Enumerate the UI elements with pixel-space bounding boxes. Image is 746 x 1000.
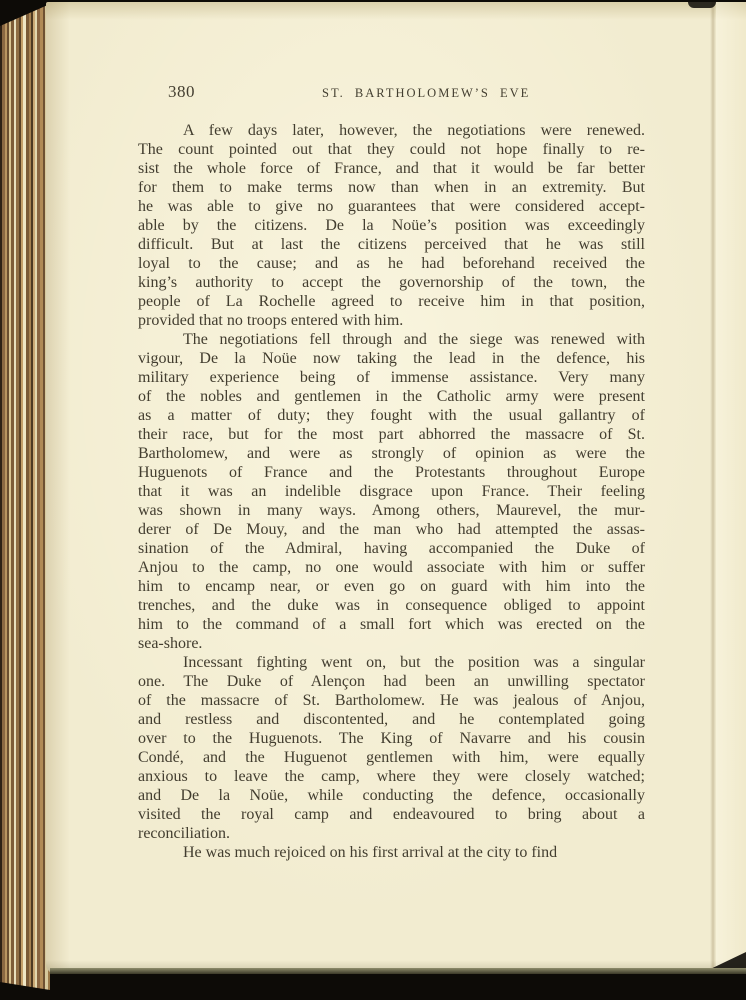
text-line: and restless and discontented, and he co…	[138, 710, 645, 729]
text-line: their race, but for the most part abhorr…	[138, 425, 645, 444]
text-line: one. The Duke of Alençon had been an unw…	[138, 672, 645, 691]
text-line: The count pointed out that they could no…	[138, 140, 645, 159]
text-line: visited the royal camp and endeavoured t…	[138, 805, 645, 824]
text-line: A few days later, however, the negotiati…	[138, 121, 645, 140]
page-body-text: A few days later, however, the negotiati…	[138, 121, 645, 862]
text-line: Condé, and the Huguenot gentlemen with h…	[138, 748, 645, 767]
paragraph: The negotiations fell through and the si…	[138, 330, 645, 653]
running-title: ST. BARTHOLOMEW’S EVE	[322, 86, 530, 101]
book-page: 380 ST. BARTHOLOMEW’S EVE A few days lat…	[46, 2, 746, 974]
text-line: people of La Rochelle agreed to receive …	[138, 292, 645, 311]
text-line: derer of De Mouy, and the man who had at…	[138, 520, 645, 539]
text-line: as a matter of duty; they fought with th…	[138, 406, 645, 425]
text-line: anxious to leave the camp, where they we…	[138, 767, 645, 786]
text-line: Anjou to the camp, no one would associat…	[138, 558, 645, 577]
text-line: He was much rejoiced on his first arriva…	[138, 843, 645, 862]
paragraph: He was much rejoiced on his first arriva…	[138, 843, 645, 862]
text-line: king’s authority to accept the governors…	[138, 273, 645, 292]
text-line: provided that no troops entered with him…	[138, 311, 645, 330]
text-line: difficult. But at last the citizens perc…	[138, 235, 645, 254]
scanned-book-photo: 380 ST. BARTHOLOMEW’S EVE A few days lat…	[0, 0, 746, 1000]
text-line: him to the command of a small fort which…	[138, 615, 645, 634]
text-line: The negotiations fell through and the si…	[138, 330, 645, 349]
text-line: trenches, and the duke was in consequenc…	[138, 596, 645, 615]
text-line: over to the Huguenots. The King of Navar…	[138, 729, 645, 748]
text-line: him to encamp near, or even go on guard …	[138, 577, 645, 596]
text-line: and De la Noüe, while conducting the def…	[138, 786, 645, 805]
text-line: vigour, De la Noüe now taking the lead i…	[138, 349, 645, 368]
page-bottom-edge	[50, 968, 746, 974]
text-line: sination of the Admiral, having accompan…	[138, 539, 645, 558]
text-line: military experience being of immense ass…	[138, 368, 645, 387]
paragraph: Incessant fighting went on, but the posi…	[138, 653, 645, 843]
text-line: sist the whole force of France, and that…	[138, 159, 645, 178]
paragraph: A few days later, however, the negotiati…	[138, 121, 645, 330]
text-line: for them to make terms now than when in …	[138, 178, 645, 197]
text-line: loyal to the cause; and as he had before…	[138, 254, 645, 273]
text-line: sea-shore.	[138, 634, 645, 653]
text-line: Huguenots of France and the Protestants …	[138, 463, 645, 482]
page-number: 380	[168, 82, 195, 102]
book-fore-edge-pages	[0, 0, 50, 994]
text-line: he was able to give no guarantees that w…	[138, 197, 645, 216]
text-line: was shown in many ways. Among others, Ma…	[138, 501, 645, 520]
text-line: reconciliation.	[138, 824, 645, 843]
text-line: of the massacre of St. Bartholomew. He w…	[138, 691, 645, 710]
text-line: that it was an indelible disgrace upon F…	[138, 482, 645, 501]
text-line: able by the citizens. De la Noüe’s posit…	[138, 216, 645, 235]
text-line: of the nobles and gentlemen in the Catho…	[138, 387, 645, 406]
page-right-curl-highlight	[716, 2, 746, 974]
text-line: Bartholomew, and were as strongly of opi…	[138, 444, 645, 463]
text-line: Incessant fighting went on, but the posi…	[138, 653, 645, 672]
page-top-notch-shadow	[688, 2, 716, 8]
